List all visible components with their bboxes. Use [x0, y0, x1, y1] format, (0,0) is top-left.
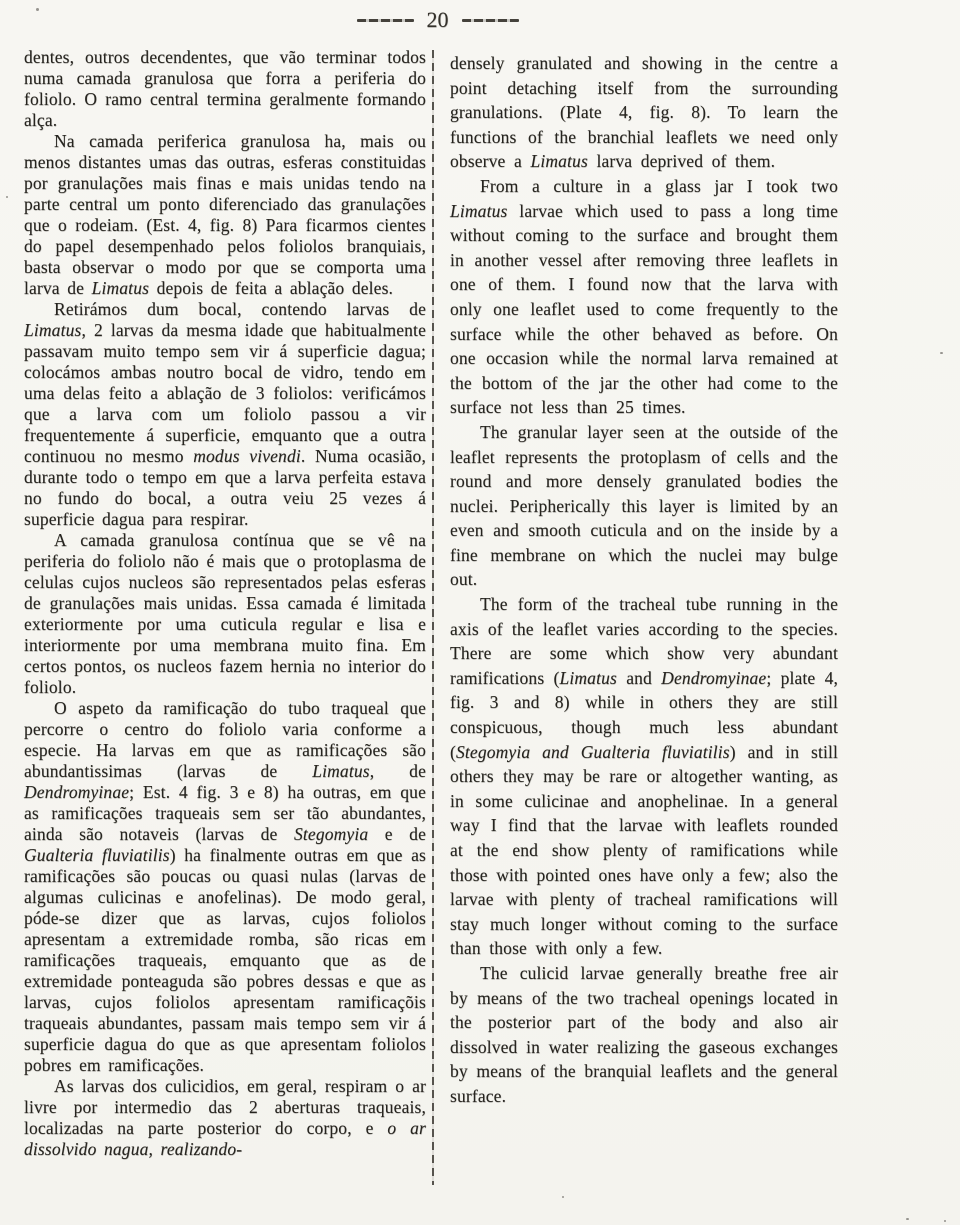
- italic-text: Limatus: [24, 320, 81, 340]
- scan-speck: [36, 8, 39, 11]
- body-text: and: [617, 668, 661, 688]
- paragraph: From a culture in a glass jar I took two…: [450, 174, 838, 420]
- paragraph: O aspeto da ramificação do tubo traqueal…: [24, 698, 426, 1076]
- italic-text: Limatus: [92, 278, 149, 298]
- scan-speck: [944, 1220, 946, 1222]
- column-portuguese: dentes, outros decendentes, que vão term…: [24, 47, 426, 1160]
- italic-text: Gualteria fluviatilis: [24, 845, 170, 865]
- body-text: As larvas dos culicidios, em geral, resp…: [24, 1076, 426, 1138]
- column-divider-rule: [432, 50, 434, 1185]
- body-text: Na camada periferica granulosa ha, mais …: [24, 131, 426, 298]
- italic-text: Limatus: [450, 201, 507, 221]
- italic-text: Stegomyia: [294, 824, 368, 844]
- header-rule-right: [462, 19, 519, 22]
- paragraph: Na camada periferica granulosa ha, mais …: [24, 131, 426, 299]
- running-head: 20: [330, 6, 545, 34]
- paragraph: dentes, outros decendentes, que vão term…: [24, 47, 426, 131]
- body-text: A camada granulosa contínua que se vê na…: [24, 530, 426, 697]
- italic-text: Dendromyinae: [24, 782, 129, 802]
- page-number: 20: [427, 9, 449, 31]
- italic-text: modus vivendi: [193, 446, 301, 466]
- paragraph: Retirámos dum bocal, contendo larvas de …: [24, 299, 426, 530]
- scan-speck: [906, 1218, 909, 1220]
- body-text: dentes, outros decendentes, que vão term…: [24, 47, 426, 130]
- paragraph: A camada granulosa contínua que se vê na…: [24, 530, 426, 698]
- scan-speck: [562, 1196, 564, 1198]
- paragraph: densely granulated and showing in the ce…: [450, 51, 838, 174]
- scan-speck: [6, 196, 8, 198]
- italic-text: Stegomyia and Gualteria fluviatilis: [456, 742, 730, 762]
- body-text: ) ha finalmente outras em que as ramific…: [24, 845, 426, 1075]
- body-text: larva deprived of them.: [588, 151, 775, 171]
- paragraph: The form of the tracheal tube running in…: [450, 592, 838, 961]
- scan-speck: [940, 352, 943, 354]
- body-text: The culicid larvae generally breathe fre…: [450, 963, 838, 1106]
- italic-text: Limatus: [530, 151, 587, 171]
- italic-text: Limatus: [312, 761, 369, 781]
- paragraph: The granular layer seen at the outside o…: [450, 420, 838, 592]
- italic-text: Dendromyinae: [661, 668, 766, 688]
- body-text: From a culture in a glass jar I took two: [480, 176, 838, 196]
- paragraph: As larvas dos culicidios, em geral, resp…: [24, 1076, 426, 1160]
- italic-text: Limatus: [560, 668, 617, 688]
- body-text: , de: [370, 761, 426, 781]
- body-text: Retirámos dum bocal, contendo larvas de: [54, 299, 426, 319]
- body-text: ) and in still others they may be rare o…: [450, 742, 838, 959]
- body-text: , 2 larvas da mesma idade que habitualme…: [24, 320, 426, 466]
- scanned-paper-page: 20 dentes, outros decendentes, que vão t…: [0, 0, 960, 1225]
- body-text: e de: [368, 824, 426, 844]
- body-text: depois de feita a ablação deles.: [149, 278, 393, 298]
- body-text: larvae which used to pass a long time wi…: [450, 201, 838, 418]
- header-rule-left: [357, 19, 414, 22]
- body-text: The granular layer seen at the outside o…: [450, 422, 838, 590]
- column-english: densely granulated and showing in the ce…: [450, 51, 838, 1109]
- paragraph: The culicid larvae generally breathe fre…: [450, 961, 838, 1109]
